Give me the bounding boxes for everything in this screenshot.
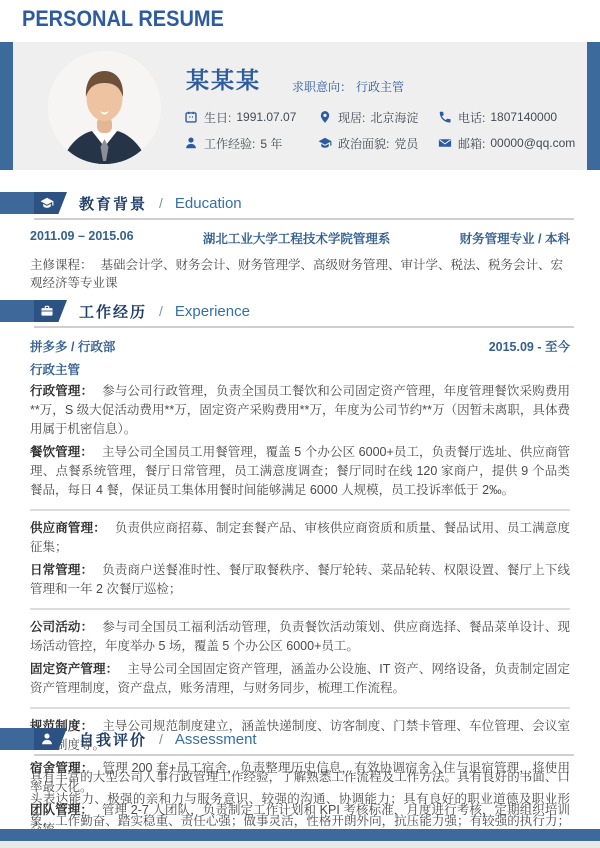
page-title: PERSONAL RESUME bbox=[22, 7, 224, 33]
job-intention: 求职意向：行政主管 bbox=[292, 78, 404, 95]
experience-period: 2015.09 - 至今 bbox=[489, 337, 570, 355]
item-text: 负责供应商招募、制定套餐产品、审核供应商资质和质量、餐品试用、员工满意度征集； bbox=[30, 521, 570, 554]
courses-text: 基础会计学、财务会计、财务管理学、高级财务管理、审计学、税法、税务会计、宏观经济… bbox=[30, 258, 563, 290]
section-slash: / bbox=[159, 195, 163, 211]
email-field: 邮箱: 00000@qq.com bbox=[438, 135, 576, 152]
section-title: 工作经历 bbox=[79, 301, 147, 322]
education-major: 财务管理专业 / 本科 bbox=[460, 229, 570, 247]
item-label: 供应商管理： bbox=[30, 521, 106, 535]
item-label: 日常管理： bbox=[30, 563, 93, 577]
section-slash: / bbox=[159, 731, 163, 747]
job-intention-value: 行政主管 bbox=[356, 80, 404, 94]
field-value: 00000@qq.com bbox=[490, 136, 575, 150]
item-label: 固定资产管理： bbox=[30, 662, 118, 676]
mail-icon bbox=[438, 136, 452, 150]
item-label: 公司活动： bbox=[30, 620, 93, 634]
assessment-section-header: 自我评价 / Assessment bbox=[0, 728, 600, 750]
section-title: 自我评价 bbox=[79, 729, 147, 750]
item-text: 参与公司行政管理，负责全国员工餐饮和公司固定资产管理，年度管理餐饮采购费用**万… bbox=[30, 384, 570, 436]
section-rule bbox=[34, 218, 574, 220]
field-value: 北京海淀 bbox=[370, 109, 418, 126]
education-row: 2011.09 – 2015.06 湖北工业大学工程技术学院管理系 财务管理专业… bbox=[30, 229, 570, 247]
field-label: 工作经验: bbox=[204, 135, 255, 152]
item-text: 主导公司全国员工用餐管理，覆盖 5 个办公区 6000+员工，负责餐厅选址、供应… bbox=[30, 445, 570, 497]
field-value: 党员 bbox=[394, 135, 418, 152]
experience-item: 行政管理：参与公司行政管理，负责全国员工餐饮和公司固定资产管理，年度管理餐饮采购… bbox=[30, 382, 570, 439]
group-divider bbox=[30, 509, 570, 511]
item-label: 餐饮管理： bbox=[30, 445, 93, 459]
graduation-cap-icon bbox=[34, 192, 67, 214]
education-period: 2011.09 – 2015.06 bbox=[30, 229, 134, 247]
avatar bbox=[48, 51, 161, 164]
person-icon bbox=[184, 136, 198, 150]
field-label: 现居: bbox=[338, 109, 365, 126]
experience-item: 日常管理：负责商户送餐准时性、餐厅取餐秩序、餐厅轮转、菜品轮转、权限设置、餐厅上… bbox=[30, 561, 570, 599]
experience-group: 公司活动：参与司全国员工福利活动管理，负责餐饮活动策划、供应商选择、餐品菜单设计… bbox=[0, 618, 600, 698]
section-lead-bar bbox=[0, 300, 34, 322]
item-label: 行政管理： bbox=[30, 384, 93, 398]
experience-item: 公司活动：参与司全国员工福利活动管理，负责餐饮活动策划、供应商选择、餐品菜单设计… bbox=[30, 618, 570, 656]
experience-item: 固定资产管理：主导公司全国固定资产管理，涵盖办公设施、IT 资产、网络设备，负责… bbox=[30, 660, 570, 698]
footer-bar bbox=[0, 829, 600, 841]
field-label: 生日: bbox=[204, 109, 231, 126]
experience-company: 拼多多 / 行政部 bbox=[30, 337, 115, 355]
education-section-header: 教育背景 / Education bbox=[0, 192, 600, 214]
section-rule bbox=[34, 754, 574, 756]
experience-role: 行政主管 bbox=[30, 360, 570, 378]
phone-field: 电话: 1807140000 bbox=[438, 109, 576, 126]
profile-info-grid: 生日: 1991.07.07 现居: 北京海淀 电话: 1807140000 bbox=[184, 104, 576, 156]
experience-company-row: 拼多多 / 行政部 2015.09 - 至今 bbox=[30, 337, 570, 355]
education-school: 湖北工业大学工程技术学院管理系 bbox=[134, 229, 460, 247]
header-left-bar bbox=[0, 42, 13, 170]
header-right-bar bbox=[587, 42, 600, 170]
birthday-field: 生日: 1991.07.07 bbox=[184, 109, 318, 126]
phone-icon bbox=[438, 110, 452, 124]
field-label: 电话: bbox=[458, 109, 485, 126]
education-courses: 主修课程：基础会计学、财务会计、财务管理学、高级财务管理、审计学、税法、税务会计… bbox=[30, 255, 570, 291]
field-label: 邮箱: bbox=[458, 135, 485, 152]
section-subtitle: Assessment bbox=[175, 731, 257, 748]
experience-section-header: 工作经历 / Experience bbox=[0, 300, 600, 322]
group-divider bbox=[30, 707, 570, 709]
experience-field: 工作经验: 5 年 bbox=[184, 135, 318, 152]
info-row: 工作经验: 5 年 政治面貌: 党员 邮箱: 00000@qq.com bbox=[184, 130, 576, 156]
courses-label: 主修课程： bbox=[30, 258, 93, 272]
footer-strip bbox=[0, 841, 600, 848]
section-lead-bar bbox=[0, 728, 34, 750]
field-label: 政治面貌: bbox=[338, 135, 389, 152]
candidate-name: 某某某 bbox=[186, 62, 261, 95]
job-intention-label: 求职意向： bbox=[292, 80, 352, 94]
info-row: 生日: 1991.07.07 现居: 北京海淀 电话: 1807140000 bbox=[184, 104, 576, 130]
section-subtitle: Education bbox=[175, 195, 242, 212]
experience-group: 供应商管理：负责供应商招募、制定套餐产品、审核供应商资质和质量、餐品试用、员工满… bbox=[0, 519, 600, 599]
avatar-illustration bbox=[48, 51, 161, 164]
field-value: 1807140000 bbox=[490, 110, 557, 124]
profile-header: 某某某 求职意向：行政主管 生日: 1991.07.07 现居: 北 bbox=[0, 42, 600, 170]
resume-page: PERSONAL RESUME 某某某 求职意向：行政主管 bbox=[0, 0, 600, 848]
group-divider bbox=[30, 608, 570, 610]
section-slash: / bbox=[159, 303, 163, 319]
calendar-icon bbox=[184, 110, 198, 124]
graduation-cap-icon bbox=[318, 136, 332, 150]
education-section: 教育背景 / Education 2011.09 – 2015.06 湖北工业大… bbox=[0, 192, 600, 291]
experience-item: 供应商管理：负责供应商招募、制定套餐产品、审核供应商资质和质量、餐品试用、员工满… bbox=[30, 519, 570, 557]
political-status-field: 政治面貌: 党员 bbox=[318, 135, 438, 152]
section-rule bbox=[34, 326, 574, 328]
location-pin-icon bbox=[318, 110, 332, 124]
item-text: 负责商户送餐准时性、餐厅取餐秩序、餐厅轮转、菜品轮转、权限设置、餐厅上下线管理和… bbox=[30, 563, 570, 596]
item-text: 参与司全国员工福利活动管理，负责餐饮活动策划、供应商选择、餐品菜单设计、现场活动… bbox=[30, 620, 570, 653]
experience-item: 餐饮管理：主导公司全国员工用餐管理，覆盖 5 个办公区 6000+员工，负责餐厅… bbox=[30, 443, 570, 500]
residence-field: 现居: 北京海淀 bbox=[318, 109, 438, 126]
briefcase-icon bbox=[34, 300, 67, 322]
experience-group: 行政管理：参与公司行政管理，负责全国员工餐饮和公司固定资产管理，年度管理餐饮采购… bbox=[0, 382, 600, 500]
field-value: 1991.07.07 bbox=[236, 110, 296, 124]
section-title: 教育背景 bbox=[79, 193, 147, 214]
section-lead-bar bbox=[0, 192, 34, 214]
section-subtitle: Experience bbox=[175, 303, 250, 320]
field-value: 5 年 bbox=[260, 135, 282, 152]
person-icon bbox=[34, 728, 67, 750]
